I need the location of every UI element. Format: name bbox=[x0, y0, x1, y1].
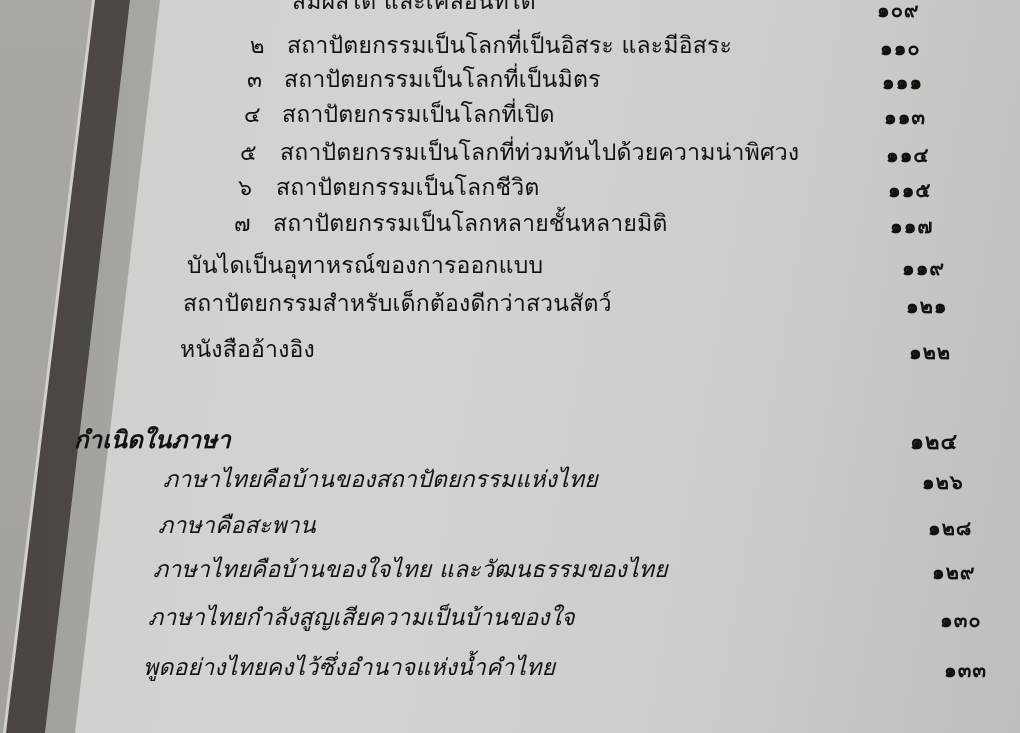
toc-entry-page: ๑๑๑ bbox=[882, 66, 923, 98]
toc-entry: ภาษาไทยคือบ้านของสถาปัตยกรรมแห่งไทย ๑๒๖ bbox=[0, 462, 1020, 496]
toc-entry-page: ๑๑๙ bbox=[902, 252, 945, 284]
toc-entry-number: ๒ bbox=[250, 28, 265, 63]
toc-entry-page: ๑๑๓ bbox=[884, 101, 926, 133]
toc-entry: ๖ สถาปัตยกรรมเป็นโลกชีวิต ๑๑๕ bbox=[0, 170, 1020, 204]
toc-entry-page: ๑๒๖ bbox=[922, 466, 964, 498]
toc-entry-number: ๗ bbox=[234, 206, 251, 241]
toc-entry: หนังสืออ้างอิง ๑๒๒ bbox=[0, 332, 1020, 366]
toc-entry-title: ภาษาไทยคือบ้านของใจไทย และวัฒนธรรมของไทย bbox=[153, 552, 668, 588]
toc-entry-title: ภาษาไทยกำลังสูญเสียความเป็นบ้านของใจ bbox=[148, 600, 575, 636]
toc-section-title: กำเนิดในภาษา bbox=[74, 420, 231, 459]
toc-entry-number: ๖ bbox=[238, 170, 252, 205]
toc-entry-title: สถาปัตยกรรมสำหรับเด็กต้องดีกว่าสวนสัตว์ bbox=[183, 286, 612, 322]
toc-entry-page: ๑๐๙ bbox=[877, 0, 920, 26]
toc-entry-page: ๑๓๓ bbox=[944, 654, 987, 686]
toc-section-heading: กำเนิดในภาษา ๑๒๔ bbox=[0, 420, 1020, 454]
toc-entry-page: ๑๑๔ bbox=[886, 139, 930, 171]
toc-entry: ๕ สถาปัตยกรรมเป็นโลกที่ท่วมท้นไปด้วยความ… bbox=[0, 135, 1020, 169]
toc-entry: ๒ สถาปัตยกรรมเป็นโลกที่เป็นอิสระ และมีอิ… bbox=[0, 28, 1020, 62]
toc-entry-title: ภาษาคือสะพาน bbox=[158, 508, 316, 544]
toc-entry-title: สถาปัตยกรรมเป็นโลกที่ท่วมท้นไปด้วยความน่… bbox=[280, 135, 799, 171]
toc-entry-page: ๑๑๐ bbox=[880, 32, 921, 64]
toc-entry-page: ๑๒๘ bbox=[928, 512, 972, 544]
toc-entry-title: หนังสืออ้างอิง bbox=[180, 332, 315, 368]
toc-entry-page: ๑๒๑ bbox=[906, 290, 948, 322]
toc-entry: ภาษาไทยคือบ้านของใจไทย และวัฒนธรรมของไทย… bbox=[0, 552, 1020, 586]
toc-entry-title: พูดอย่างไทยคงไว้ซึ่งอำนาจแห่งน้ำคำไทย bbox=[143, 650, 555, 686]
toc-entry-page: ๑๑๕ bbox=[888, 174, 932, 206]
toc-entry: บันไดเป็นอุทาหรณ์ของการออกแบบ ๑๑๙ bbox=[0, 248, 1020, 282]
toc-section-page: ๑๒๔ bbox=[910, 424, 958, 459]
toc-entry: ภาษาคือสะพาน ๑๒๘ bbox=[0, 508, 1020, 542]
toc-entry-number: ๕ bbox=[240, 135, 257, 170]
toc-entry: พูดอย่างไทยคงไว้ซึ่งอำนาจแห่งน้ำคำไทย ๑๓… bbox=[0, 650, 1020, 684]
toc-entry-page: ๑๒๙ bbox=[932, 556, 976, 588]
toc-entry-page: ๑๒๒ bbox=[909, 336, 951, 368]
toc-entry: ๗ สถาปัตยกรรมเป็นโลกหลายชั้นหลายมิติ ๑๑๗ bbox=[0, 206, 1020, 240]
toc-entry-page: ๑๓๐ bbox=[940, 604, 982, 636]
toc-entry-page: ๑๑๗ bbox=[890, 210, 933, 242]
toc-entry: สถาปัตยกรรมสำหรับเด็กต้องดีกว่าสวนสัตว์ … bbox=[0, 286, 1020, 320]
toc-entry-title: บันไดเป็นอุทาหรณ์ของการออกแบบ bbox=[187, 248, 543, 284]
toc-entry: ๔ สถาปัตยกรรมเป็นโลกที่เปิด ๑๑๓ bbox=[0, 97, 1020, 131]
toc-entry-title: สถาปัตยกรรมเป็นโลกที่เป็นมิตร bbox=[284, 62, 601, 98]
toc-entry-title: สถาปัตยกรรมเป็นโลกหลายชั้นหลายมิติ bbox=[273, 206, 668, 242]
toc-entry: ภาษาไทยกำลังสูญเสียความเป็นบ้านของใจ ๑๓๐ bbox=[0, 600, 1020, 634]
toc-entry-title: สัมผัสได้ และเคลื่อนที่ได้ bbox=[292, 0, 536, 20]
toc-entry-title: สถาปัตยกรรมเป็นโลกที่เป็นอิสระ และมีอิสร… bbox=[287, 28, 732, 64]
toc-entry-title: สถาปัตยกรรมเป็นโลกชีวิต bbox=[276, 170, 540, 206]
toc-entry-title: สถาปัตยกรรมเป็นโลกที่เปิด bbox=[282, 97, 555, 133]
toc-entry: ๓ สถาปัตยกรรมเป็นโลกที่เป็นมิตร ๑๑๑ bbox=[0, 62, 1020, 96]
toc-entry-title: ภาษาไทยคือบ้านของสถาปัตยกรรมแห่งไทย bbox=[163, 462, 598, 498]
toc-entry-number: ๔ bbox=[244, 97, 261, 132]
toc-entry-number: ๓ bbox=[247, 62, 262, 97]
